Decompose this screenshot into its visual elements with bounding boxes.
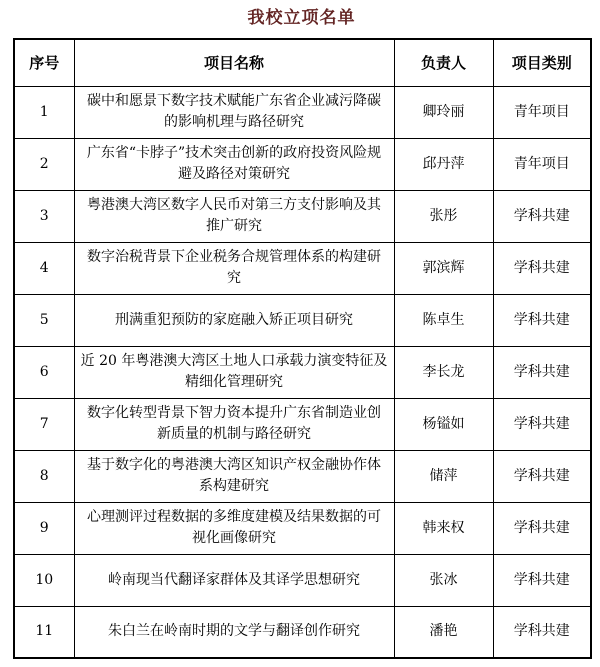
row-number-cell: 4 [14,242,74,294]
project-table: 序号 项目名称 负责人 项目类别 1 碳中和愿景下数字技术赋能广东省企业减污降碳… [13,38,592,659]
leader-cell: 陈卓生 [394,294,493,346]
table-row: 2 广东省“卡脖子”技术突击创新的政府投资风险规避及路径对策研究 邱丹萍 青年项… [14,138,591,190]
category-cell: 学科共建 [493,502,591,554]
leader-cell: 邱丹萍 [394,138,493,190]
category-cell: 青年项目 [493,138,591,190]
row-number-cell: 7 [14,398,74,450]
category-cell: 学科共建 [493,554,591,606]
row-number-cell: 9 [14,502,74,554]
header-category: 项目类别 [493,39,591,86]
category-cell: 学科共建 [493,606,591,658]
project-name-cell: 数字治税背景下企业税务合规管理体系的构建研究 [74,242,394,294]
header-row: 序号 项目名称 负责人 项目类别 [14,39,591,86]
project-name-cell: 岭南现当代翻译家群体及其译学思想研究 [74,554,394,606]
project-name-cell: 心理测评过程数据的多维度建模及结果数据的可视化画像研究 [74,502,394,554]
project-name-cell: 刑满重犯预防的家庭融入矫正项目研究 [74,294,394,346]
table-row: 9 心理测评过程数据的多维度建模及结果数据的可视化画像研究 韩来权 学科共建 [14,502,591,554]
row-number-cell: 3 [14,190,74,242]
leader-cell: 储萍 [394,450,493,502]
table-row: 7 数字化转型背景下智力资本提升广东省制造业创新质量的机制与路径研究 杨镒如 学… [14,398,591,450]
leader-cell: 郭滨辉 [394,242,493,294]
category-cell: 学科共建 [493,242,591,294]
leader-cell: 杨镒如 [394,398,493,450]
row-number-cell: 8 [14,450,74,502]
table-row: 4 数字治税背景下企业税务合规管理体系的构建研究 郭滨辉 学科共建 [14,242,591,294]
leader-cell: 潘艳 [394,606,493,658]
category-cell: 学科共建 [493,346,591,398]
category-cell: 学科共建 [493,398,591,450]
header-project-name: 项目名称 [74,39,394,86]
project-name-cell: 碳中和愿景下数字技术赋能广东省企业减污降碳的影响机理与路径研究 [74,86,394,138]
table-row: 10 岭南现当代翻译家群体及其译学思想研究 张冰 学科共建 [14,554,591,606]
category-cell: 学科共建 [493,294,591,346]
leader-cell: 张冰 [394,554,493,606]
row-number-cell: 5 [14,294,74,346]
leader-cell: 李长龙 [394,346,493,398]
project-name-cell: 广东省“卡脖子”技术突击创新的政府投资风险规避及路径对策研究 [74,138,394,190]
table-row: 3 粤港澳大湾区数字人民币对第三方支付影响及其推广研究 张彤 学科共建 [14,190,591,242]
row-number-cell: 2 [14,138,74,190]
table-body: 1 碳中和愿景下数字技术赋能广东省企业减污降碳的影响机理与路径研究 卿玲丽 青年… [14,86,591,658]
header-leader: 负责人 [394,39,493,86]
table-row: 8 基于数字化的粤港澳大湾区知识产权金融协作体系构建研究 储萍 学科共建 [14,450,591,502]
page-title: 我校立项名单 [13,7,590,29]
project-name-cell: 粤港澳大湾区数字人民币对第三方支付影响及其推广研究 [74,190,394,242]
table-row: 5 刑满重犯预防的家庭融入矫正项目研究 陈卓生 学科共建 [14,294,591,346]
leader-cell: 卿玲丽 [394,86,493,138]
row-number-cell: 1 [14,86,74,138]
row-number-cell: 6 [14,346,74,398]
header-no: 序号 [14,39,74,86]
category-cell: 青年项目 [493,86,591,138]
project-name-cell: 朱白兰在岭南时期的文学与翻译创作研究 [74,606,394,658]
table-row: 11 朱白兰在岭南时期的文学与翻译创作研究 潘艳 学科共建 [14,606,591,658]
project-name-cell: 近 20 年粤港澳大湾区土地人口承载力演变特征及精细化管理研究 [74,346,394,398]
leader-cell: 张彤 [394,190,493,242]
category-cell: 学科共建 [493,450,591,502]
table-row: 1 碳中和愿景下数字技术赋能广东省企业减污降碳的影响机理与路径研究 卿玲丽 青年… [14,86,591,138]
row-number-cell: 11 [14,606,74,658]
leader-cell: 韩来权 [394,502,493,554]
table-row: 6 近 20 年粤港澳大湾区土地人口承载力演变特征及精细化管理研究 李长龙 学科… [14,346,591,398]
project-name-cell: 基于数字化的粤港澳大湾区知识产权金融协作体系构建研究 [74,450,394,502]
document-page: 我校立项名单 序号 项目名称 负责人 项目类别 1 碳中和愿景下数字技术赋能广东… [0,0,600,659]
project-name-cell: 数字化转型背景下智力资本提升广东省制造业创新质量的机制与路径研究 [74,398,394,450]
table-header: 序号 项目名称 负责人 项目类别 [14,39,591,86]
category-cell: 学科共建 [493,190,591,242]
row-number-cell: 10 [14,554,74,606]
